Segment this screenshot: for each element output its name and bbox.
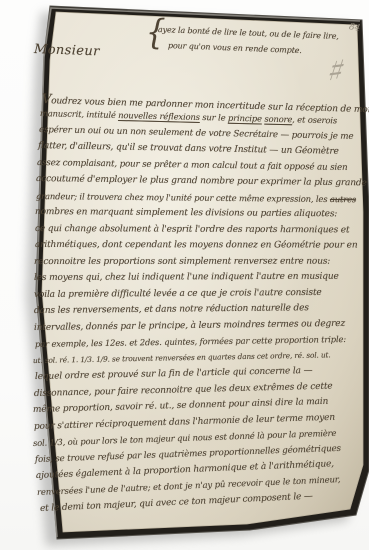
manuscript-line: ce qui change absolument à l'esprit l'or…	[35, 225, 349, 235]
struck-word: autres	[330, 194, 356, 204]
folio-number: 84	[348, 22, 361, 34]
underlined-phrase: principe	[228, 113, 262, 124]
manuscript-line: reconnoitre les proportions sont simplem…	[34, 258, 330, 267]
manuscript-line: les moyens qui, chez lui indiquent l'une…	[34, 273, 339, 283]
underlined-phrase: sonore	[264, 114, 292, 125]
photo-stage: { ayez la bonté de lire le tout, ou de l…	[0, 0, 369, 550]
salutation: Monsieur	[34, 42, 100, 59]
underlined-phrase: nouvelles réflexions	[118, 110, 200, 122]
manuscript-line: arithmétiques, dont cependant les moyens…	[35, 241, 358, 251]
